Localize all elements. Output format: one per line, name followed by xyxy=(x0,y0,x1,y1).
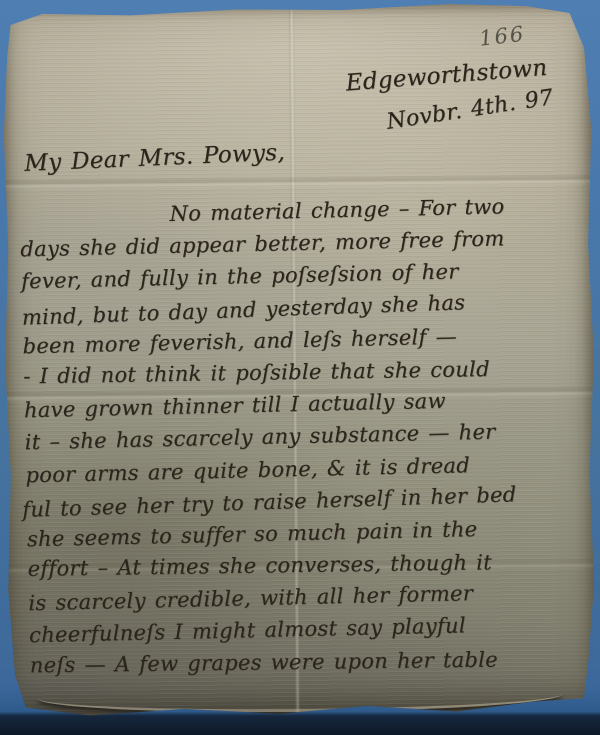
photo-backdrop: 166 Edgeworthstown Novbr. 4th. 97 My Dea… xyxy=(0,0,600,735)
letter-page: 166 Edgeworthstown Novbr. 4th. 97 My Dea… xyxy=(1,1,598,717)
letter-salutation: My Dear Mrs. Powys, xyxy=(24,140,286,177)
letter-date: Novbr. 4th. 97 xyxy=(385,85,555,135)
page-number-pencil: 166 xyxy=(478,22,527,51)
bottom-page-curl xyxy=(36,694,562,715)
horizontal-fold-crease xyxy=(2,173,593,190)
letter-line-15: neſs — A few grapes were upon her table xyxy=(30,642,590,681)
letter-body: No material change – For twodays she did… xyxy=(19,189,590,684)
